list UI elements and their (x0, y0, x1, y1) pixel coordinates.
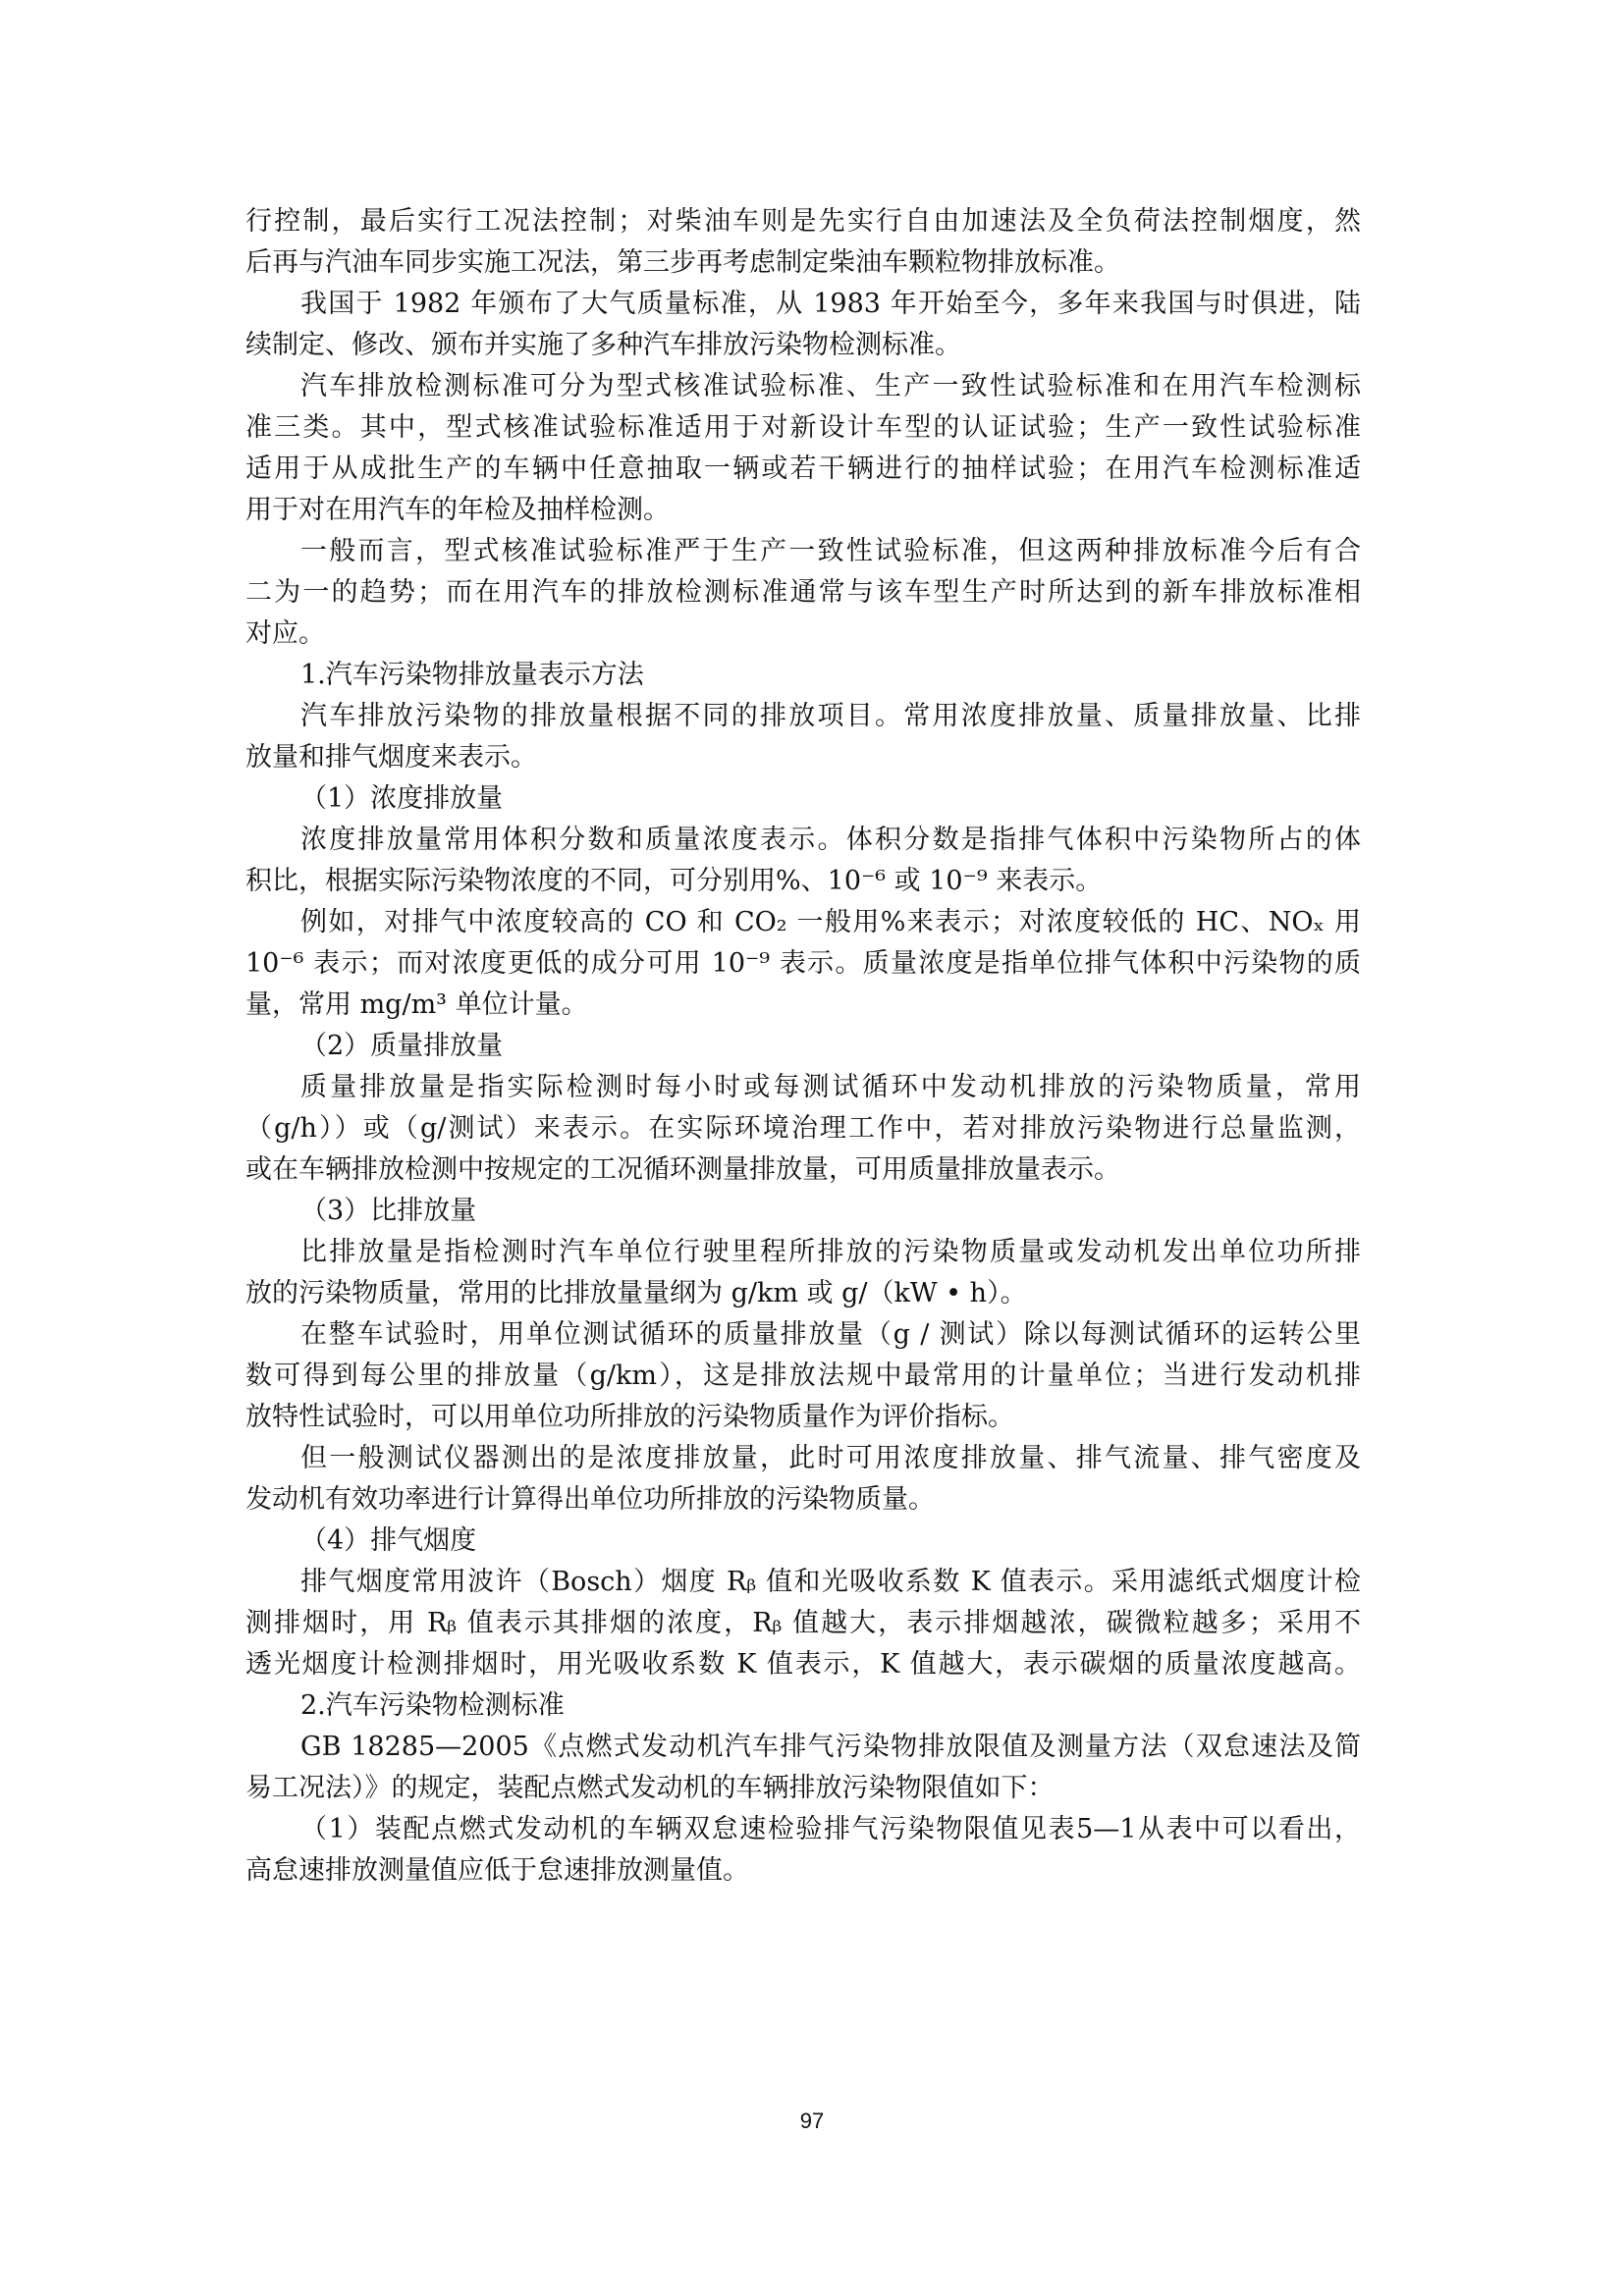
text-line: 积比，根据实际污染物浓度的不同，可分别用%、10⁻⁶ 或 10⁻⁹ 来表示。 (245, 861, 1361, 902)
text-line: 发动机有效功率进行计算得出单位功所排放的污染物质量。 (245, 1479, 1361, 1521)
text-line: 1.汽车污染物排放量表示方法 (245, 655, 1361, 696)
text-line: 质量排放量是指实际检测时每小时或每测试循环中发动机排放的污染物质量，常用 (245, 1067, 1361, 1108)
text-line: 透光烟度计检测排烟时，用光吸收系数 K 值表示，K 值越大，表示碳烟的质量浓度越… (245, 1644, 1361, 1685)
text-line: 准三类。其中，型式核准试验标准适用于对新设计车型的认证试验；生产一致性试验标准 (245, 407, 1361, 449)
text-line: 我国于 1982 年颁布了大气质量标准，从 1983 年开始至今，多年来我国与时… (245, 284, 1361, 325)
text-line: （3）比排放量 (245, 1191, 1361, 1232)
text-line: 行控制，最后实行工况法控制；对柴油车则是先实行自由加速法及全负荷法控制烟度，然 (245, 201, 1361, 242)
text-line: 续制定、修改、颁布并实施了多种汽车排放污染物检测标准。 (245, 325, 1361, 366)
text-line: （4）排气烟度 (245, 1521, 1361, 1562)
text-line: 汽车排放污染物的排放量根据不同的排放项目。常用浓度排放量、质量排放量、比排 (245, 696, 1361, 737)
page-number: 97 (0, 2109, 1624, 2134)
text-line: 10⁻⁶ 表示；而对浓度更低的成分可用 10⁻⁹ 表示。质量浓度是指单位排气体积… (245, 943, 1361, 985)
text-line: （1）浓度排放量 (245, 778, 1361, 820)
text-line: 放的污染物质量，常用的比排放量量纲为 g/km 或 g/（kW • h）。 (245, 1273, 1361, 1314)
text-line: （1）装配点燃式发动机的车辆双怠速检验排气污染物限值见表5—1从表中可以看出， (245, 1809, 1361, 1850)
text-line: 易工况法）》的规定，装配点燃式发动机的车辆排放污染物限值如下： (245, 1768, 1361, 1809)
text-line: 用于对在用汽车的年检及抽样检测。 (245, 490, 1361, 531)
text-line: 一般而言，型式核准试验标准严于生产一致性试验标准，但这两种排放标准今后有合 (245, 531, 1361, 572)
document-page: 行控制，最后实行工况法控制；对柴油车则是先实行自由加速法及全负荷法控制烟度，然后… (0, 0, 1624, 2296)
text-line: 汽车排放检测标准可分为型式核准试验标准、生产一致性试验标准和在用汽车检测标 (245, 366, 1361, 407)
text-line: 例如，对排气中浓度较高的 CO 和 CO₂ 一般用%来表示；对浓度较低的 HC、… (245, 902, 1361, 943)
text-line: （g/h））或（g/测试）来表示。在实际环境治理工作中，若对排放污染物进行总量监… (245, 1108, 1361, 1149)
text-line: 放量和排气烟度来表示。 (245, 737, 1361, 778)
text-line: 浓度排放量常用体积分数和质量浓度表示。体积分数是指排气体积中污染物所占的体 (245, 820, 1361, 861)
text-line: 量，常用 mg/m³ 单位计量。 (245, 985, 1361, 1026)
text-line: 高怠速排放测量值应低于怠速排放测量值。 (245, 1850, 1361, 1892)
text-line: GB 18285—2005《点燃式发动机汽车排气污染物排放限值及测量方法（双怠速… (245, 1727, 1361, 1768)
text-line: 后再与汽油车同步实施工况法，第三步再考虑制定柴油车颗粒物排放标准。 (245, 242, 1361, 284)
text-line: 但一般测试仪器测出的是浓度排放量，此时可用浓度排放量、排气流量、排气密度及 (245, 1438, 1361, 1479)
text-line: 二为一的趋势；而在用汽车的排放检测标准通常与该车型生产时所达到的新车排放标准相 (245, 572, 1361, 614)
text-line: 对应。 (245, 614, 1361, 655)
text-line: （2）质量排放量 (245, 1026, 1361, 1067)
text-line: 放特性试验时，可以用单位功所排放的污染物质量作为评价指标。 (245, 1397, 1361, 1438)
text-line: 数可得到每公里的排放量（g/km），这是排放法规中最常用的计量单位；当进行发动机… (245, 1356, 1361, 1397)
text-line: 比排放量是指检测时汽车单位行驶里程所排放的污染物质量或发动机发出单位功所排 (245, 1232, 1361, 1273)
text-line: 2.汽车污染物检测标准 (245, 1685, 1361, 1727)
body-text: 行控制，最后实行工况法控制；对柴油车则是先实行自由加速法及全负荷法控制烟度，然后… (245, 201, 1361, 1892)
text-line: 或在车辆排放检测中按规定的工况循环测量排放量，可用质量排放量表示。 (245, 1149, 1361, 1191)
text-line: 适用于从成批生产的车辆中任意抽取一辆或若干辆进行的抽样试验；在用汽车检测标准适 (245, 449, 1361, 490)
text-line: 在整车试验时，用单位测试循环的质量排放量（g / 测试）除以每测试循环的运转公里 (245, 1314, 1361, 1356)
text-line: 排气烟度常用波许（Bosch）烟度 Rᵦ 值和光吸收系数 K 值表示。采用滤纸式… (245, 1562, 1361, 1603)
text-line: 测排烟时，用 Rᵦ 值表示其排烟的浓度，Rᵦ 值越大，表示排烟越浓，碳微粒越多；… (245, 1603, 1361, 1644)
